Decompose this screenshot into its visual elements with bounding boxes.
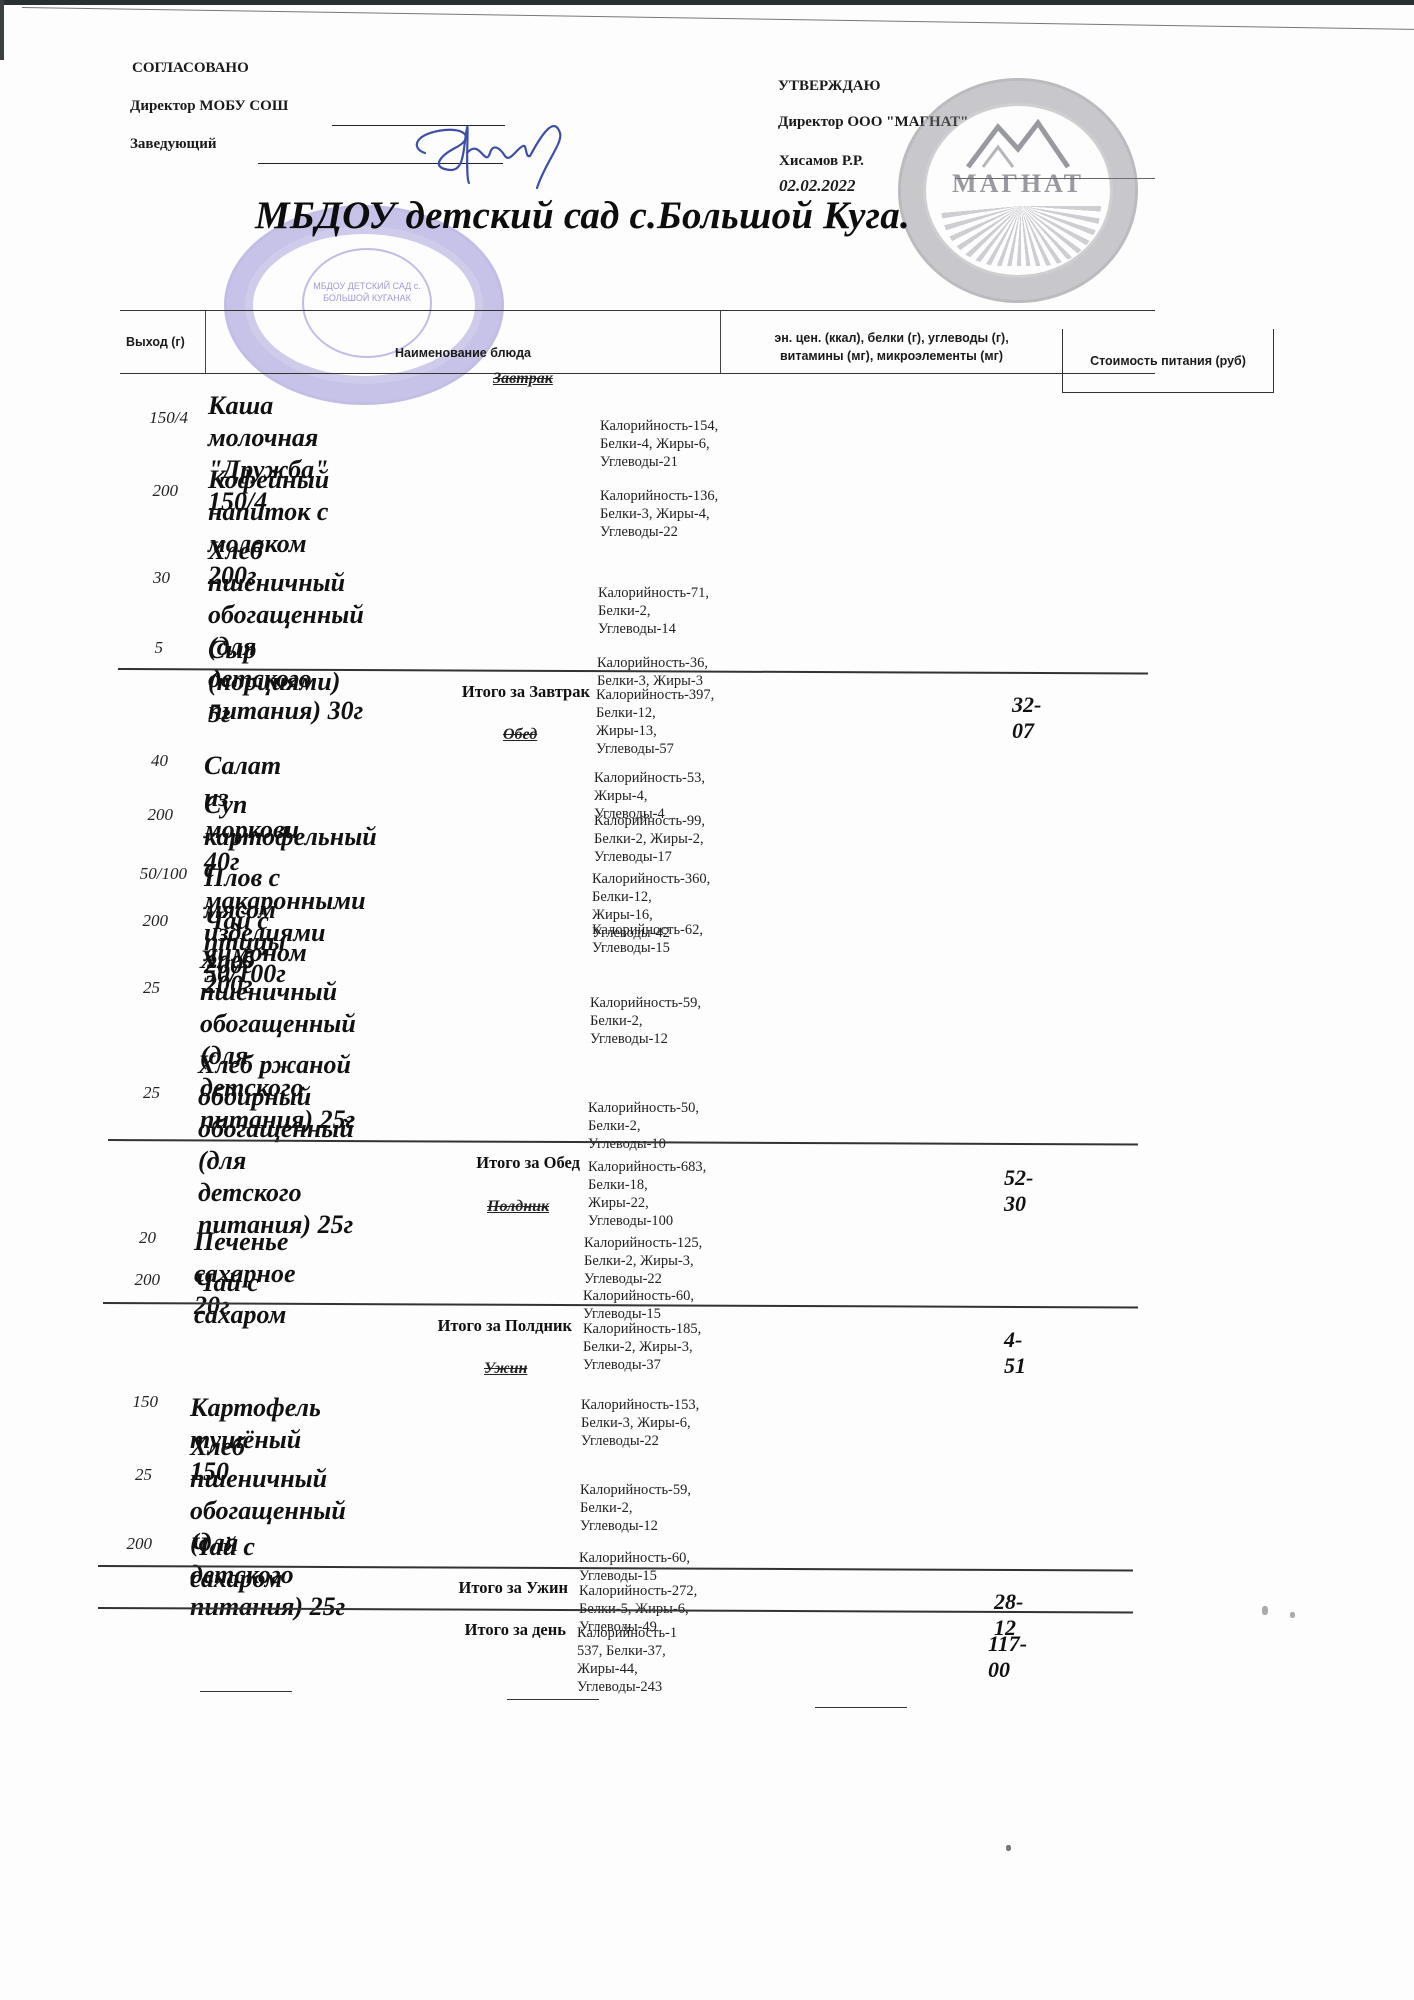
nutrition-line: Калорийность-59, Белки-2, Углеводы-12 — [590, 994, 701, 1048]
signature-icon — [405, 108, 575, 193]
item-nutrition: Калорийность-99, Белки-2, Жиры-2, Углево… — [594, 812, 705, 866]
item-nutrition: Калорийность-153, Белки-3, Жиры-6, Углев… — [581, 1396, 699, 1450]
nutrition-line: Калорийность-71, Белки-2, Углеводы-14 — [598, 584, 709, 638]
stamp-magnat-icon: МАГНАТ — [898, 78, 1138, 303]
item-name-line: Хлеб ржаной обдирный — [198, 1049, 354, 1113]
total-cost: 52-30 — [1004, 1165, 1033, 1217]
nutrition-line: Калорийность-397, Белки-12, Жиры-13, — [596, 686, 714, 740]
item-name: Чай с сахаром — [194, 1267, 286, 1331]
item-nutrition: Калорийность-59, Белки-2, Углеводы-12 — [580, 1481, 691, 1535]
mountain-logo-icon — [963, 119, 1073, 169]
scan-speck — [1290, 1612, 1295, 1618]
column-header-dish-name: Наименование блюда — [205, 311, 720, 373]
blank-signature-line — [200, 1691, 292, 1692]
item-name-line: Хлеб пшеничный — [190, 1431, 346, 1495]
nutrition-header-line2: витамины (мг), микроэлементы (мг) — [774, 347, 1008, 365]
day-total-nutrition: Калорийность-1 537, Белки-37, Жиры-44, У… — [577, 1624, 677, 1696]
approval-right-name: Хисамов Р.Р. — [779, 153, 864, 170]
approval-left-position: Директор МОБУ СОШ — [130, 98, 288, 115]
total-cost: 32-07 — [1012, 692, 1041, 744]
section-title: Ужин — [484, 1360, 527, 1378]
item-nutrition: Калорийность-71, Белки-2, Углеводы-14 — [598, 584, 709, 638]
nutrition-line: Углеводы-22 — [581, 1432, 699, 1450]
day-total-label: Итого за день — [272, 1620, 566, 1640]
item-nutrition: Калорийность-62, Углеводы-15 — [592, 921, 703, 957]
item-output: 25 — [100, 1083, 160, 1103]
stamp-left-text: МБДОУ ДЕТСКИЙ САД с. БОЛЬШОЙ КУГАНАК — [305, 280, 429, 304]
nutrition-line: Калорийность-153, Белки-3, Жиры-6, — [581, 1396, 699, 1432]
column-header-output: Выход (г) — [120, 311, 205, 373]
nutrition-header-line1: эн. цен. (ккал), белки (г), углеводы (г)… — [774, 329, 1008, 347]
nutrition-line: Углеводы-37 — [583, 1356, 701, 1374]
total-nutrition: Калорийность-397, Белки-12, Жиры-13, Угл… — [596, 686, 714, 758]
item-output: 200 — [92, 1534, 152, 1554]
nutrition-line: Углеводы-17 — [594, 848, 705, 866]
page-title: МБДОУ детский сад с.Большой Куга. — [255, 193, 910, 238]
nutrition-line: Углеводы-100 — [588, 1212, 706, 1230]
item-name-line: Хлеб пшеничный — [200, 944, 356, 1008]
stamp-fan-pattern — [941, 206, 1101, 266]
nutrition-line: Калорийность-154, Белки-4, Жиры-6, — [600, 417, 718, 453]
total-label: Итого за Обед — [290, 1153, 580, 1173]
approval-left-head: Заведующий — [130, 136, 216, 153]
item-output: 200 — [118, 481, 178, 501]
total-label: Итого за Полдник — [280, 1316, 572, 1336]
item-nutrition: Калорийность-154, Белки-4, Жиры-6, Углев… — [600, 417, 718, 471]
item-nutrition: Калорийность-136, Белки-3, Жиры-4, Углев… — [600, 487, 718, 541]
table-header: Выход (г) Наименование блюда эн. цен. (к… — [120, 310, 1155, 374]
item-name-line: Чай с сахаром — [190, 1531, 282, 1595]
nutrition-line: Калорийность-683, Белки-18, Жиры-22, — [588, 1158, 706, 1212]
item-nutrition: Калорийность-59, Белки-2, Углеводы-12 — [590, 994, 701, 1048]
stamp-right-text: МАГНАТ — [901, 169, 1135, 199]
approval-left-heading: СОГЛАСОВАНО — [132, 60, 249, 77]
section-title: Обед — [503, 726, 537, 744]
total-label: Итого за Завтрак — [300, 682, 590, 702]
scan-speck — [1006, 1845, 1011, 1851]
section-title: Полдник — [487, 1198, 549, 1216]
nutrition-line: Калорийность-360, Белки-12, Жиры-16, — [592, 870, 710, 924]
total-label: Итого за Ужин — [276, 1578, 568, 1598]
item-output: 30 — [110, 568, 170, 588]
column-header-nutrition: эн. цен. (ккал), белки (г), углеводы (г)… — [720, 311, 1062, 373]
nutrition-line: Калорийность-50, Белки-2, Углеводы-10 — [588, 1099, 699, 1153]
item-output: 200 — [100, 1270, 160, 1290]
item-output: 200 — [113, 805, 173, 825]
item-name-line: Хлеб пшеничный — [208, 535, 364, 599]
nutrition-line: Калорийность-185, Белки-2, Жиры-3, — [583, 1320, 701, 1356]
nutrition-line: Калорийность-99, Белки-2, Жиры-2, — [594, 812, 705, 848]
nutrition-line: Углеводы-22 — [584, 1270, 702, 1288]
item-output: 20 — [96, 1228, 156, 1248]
nutrition-line: Калорийность-1 537, Белки-37, Жиры-44, — [577, 1624, 677, 1678]
approval-right-heading: УТВЕРЖДАЮ — [778, 78, 881, 95]
nutrition-line: Углеводы-243 — [577, 1678, 677, 1696]
item-output: 150 — [98, 1392, 158, 1412]
blank-signature-line — [815, 1707, 907, 1708]
section-title: Завтрак — [493, 370, 553, 388]
item-output: 25 — [100, 978, 160, 998]
item-nutrition: Калорийность-50, Белки-2, Углеводы-10 — [588, 1099, 699, 1153]
nutrition-line: Калорийность-62, Углеводы-15 — [592, 921, 703, 957]
item-output: 50/100 — [125, 864, 187, 884]
day-total-cost: 117-00 — [988, 1631, 1027, 1683]
item-output: 25 — [92, 1465, 152, 1485]
item-name: Чай с сахаром — [190, 1531, 282, 1595]
nutrition-line: Углеводы-57 — [596, 740, 714, 758]
item-name: Хлеб ржаной обдирный обогащенный (для де… — [198, 1049, 354, 1241]
nutrition-line: Углеводы-21 — [600, 453, 718, 471]
item-output: 5 — [103, 638, 163, 658]
nutrition-line: Калорийность-125, Белки-2, Жиры-3, — [584, 1234, 702, 1270]
item-nutrition: Калорийность-125, Белки-2, Жиры-3, Углев… — [584, 1234, 702, 1288]
nutrition-line: Калорийность-272, Белки-5, Жиры-6, — [579, 1582, 697, 1618]
nutrition-line: Калорийность-59, Белки-2, Углеводы-12 — [580, 1481, 691, 1535]
nutrition-line: Калорийность-136, Белки-3, Жиры-4, — [600, 487, 718, 523]
item-name-line: Чай с сахаром — [194, 1267, 286, 1331]
total-cost: 4-51 — [1004, 1327, 1026, 1379]
scan-left-edge — [0, 0, 4, 60]
item-output: 40 — [108, 751, 168, 771]
scan-speck — [1262, 1606, 1268, 1615]
item-output: 200 — [108, 911, 168, 931]
total-nutrition: Калорийность-683, Белки-18, Жиры-22, Угл… — [588, 1158, 706, 1230]
item-output: 150/4 — [128, 408, 188, 428]
column-header-cost: Стоимость питания (руб) — [1062, 329, 1274, 393]
nutrition-line: Углеводы-22 — [600, 523, 718, 541]
total-nutrition: Калорийность-185, Белки-2, Жиры-3, Углев… — [583, 1320, 701, 1374]
scan-fold-line — [22, 7, 1414, 30]
item-name-line: Кофейный напиток с — [208, 464, 329, 528]
scan-top-edge — [0, 0, 1414, 5]
blank-signature-line — [507, 1699, 599, 1700]
